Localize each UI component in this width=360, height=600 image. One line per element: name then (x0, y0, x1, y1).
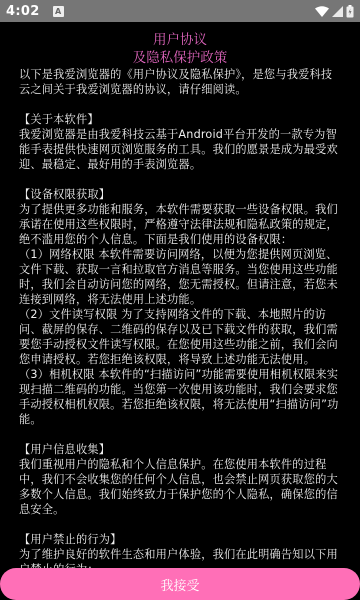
dialog-title: 用户协议 及隐私保护政策 (0, 22, 360, 67)
accept-button[interactable]: 我接受 (0, 568, 360, 600)
cell-signal-icon (332, 6, 343, 17)
section-text: 为了提供更多功能和服务，本软件需要获取一些设备权限。我们承诺在使用这些权限时，严… (19, 202, 341, 247)
permission-camera: （3）相机权限 本软件的“扫描访问”功能需要使用相机权限来实现扫描二维码的功能。… (19, 367, 341, 427)
section-heading: 【用户信息收集】 (19, 442, 341, 457)
permission-network: （1）网络权限 本软件需要访问网络，以便为您提供网页浏览、文件下载、获取一言和拉… (19, 247, 341, 307)
section-text: 我们重视用户的隐私和个人信息保护。在您使用本软件的过程中，我们不会收集您的任何个… (19, 457, 341, 517)
status-bar: 4:02 A (0, 0, 360, 22)
agreement-dialog: 用户协议 及隐私保护政策 以下是我爱浏览器的《用户协议及隐私保护》，是您与我爱科… (0, 22, 360, 600)
notification-icon: A (53, 6, 64, 17)
section-heading: 【设备权限获取】 (19, 187, 341, 202)
wifi-icon (315, 6, 329, 17)
permission-file: （2）文件读写权限 为了支持网络文件的下载、本地照片的访问、截屏的保存、二维码的… (19, 307, 341, 367)
title-line-1: 用户协议 (0, 31, 360, 49)
agreement-content[interactable]: 以下是我爱浏览器的《用户协议及隐私保护》，是您与我爱科技云之间关于我爱浏览器的协… (0, 67, 360, 600)
status-icons (315, 5, 354, 18)
section-info-collection: 【用户信息收集】 我们重视用户的隐私和个人信息保护。在您使用本软件的过程中，我们… (19, 442, 341, 517)
status-time: 4:02 (6, 4, 40, 19)
section-text: 我爱浏览器是由我爱科技云基于Android平台开发的一款专为智能手表提供快速网页… (19, 127, 341, 172)
section-heading: 【关于本软件】 (19, 112, 341, 127)
section-heading: 【用户禁止的行为】 (19, 532, 341, 547)
section-permissions: 【设备权限获取】 为了提供更多功能和服务，本软件需要获取一些设备权限。我们承诺在… (19, 187, 341, 427)
intro-text: 以下是我爱浏览器的《用户协议及隐私保护》，是您与我爱科技云之间关于我爱浏览器的协… (19, 67, 341, 97)
intro-paragraph: 以下是我爱浏览器的《用户协议及隐私保护》，是您与我爱科技云之间关于我爱浏览器的协… (19, 67, 341, 97)
section-about: 【关于本软件】 我爱浏览器是由我爱科技云基于Android平台开发的一款专为智能… (19, 112, 341, 172)
battery-charging-icon (346, 5, 354, 18)
title-line-2: 及隐私保护政策 (0, 49, 360, 67)
